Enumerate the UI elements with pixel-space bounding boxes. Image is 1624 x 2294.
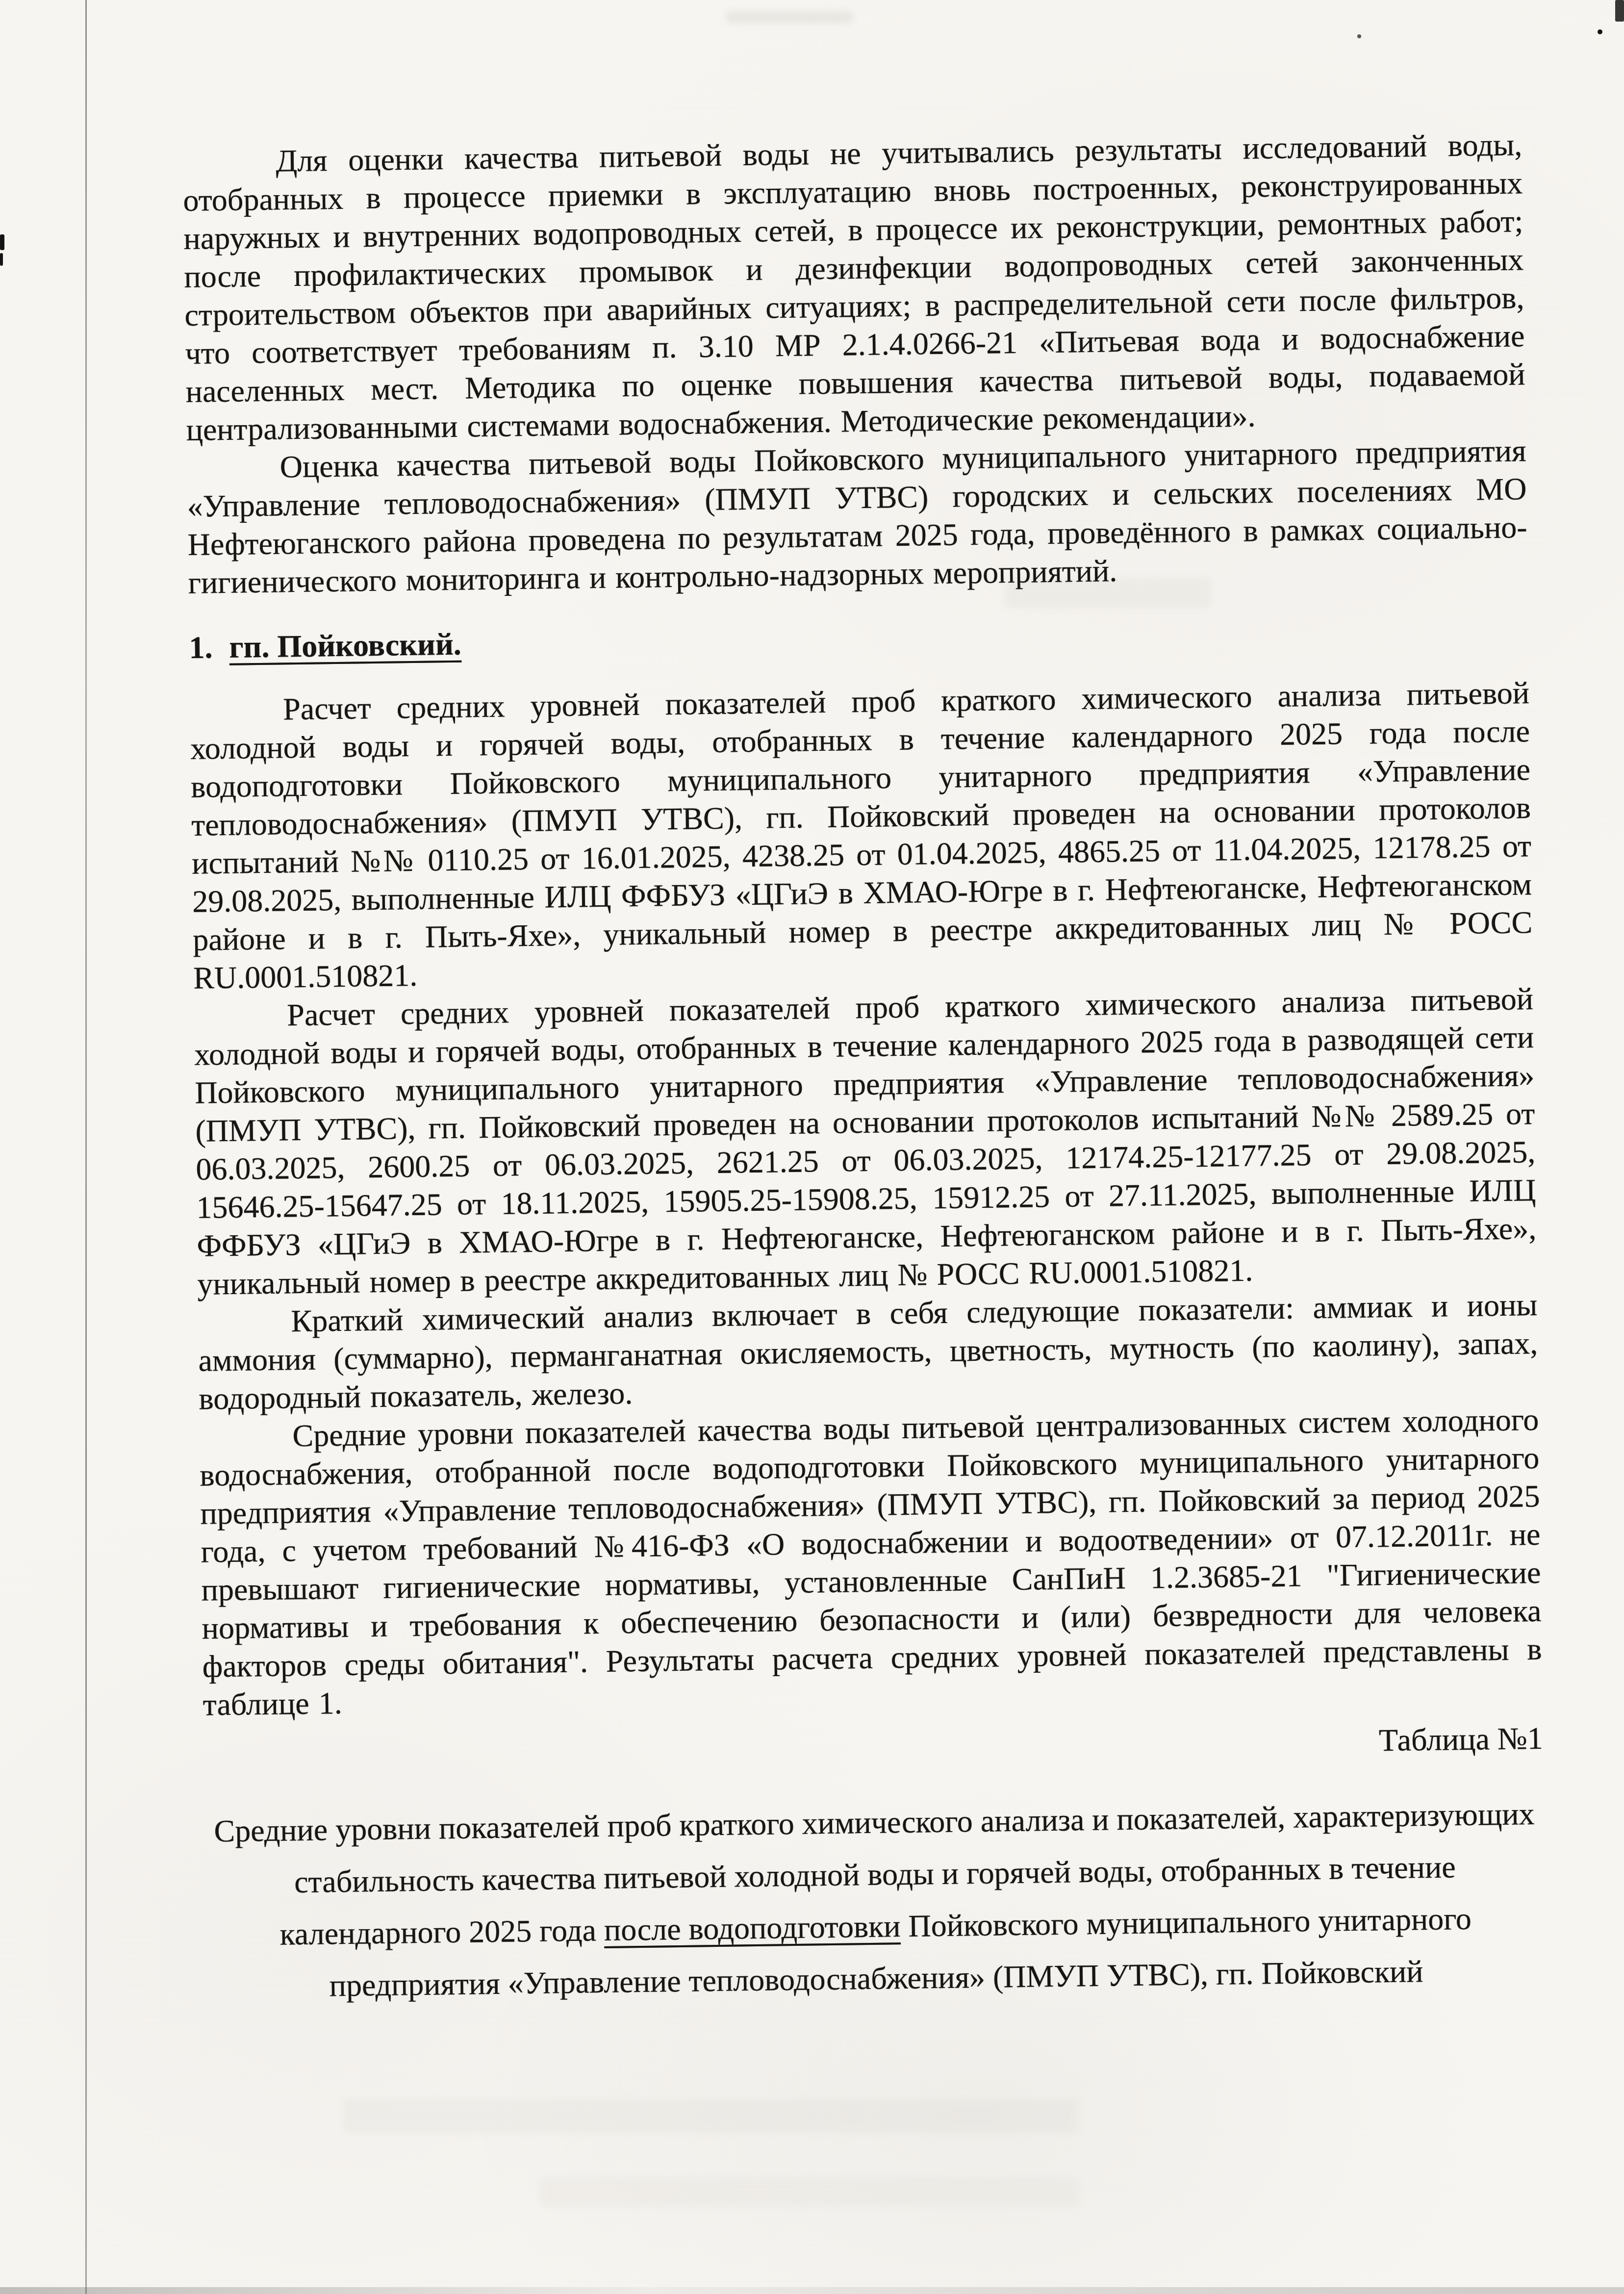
left-margin-ruled-line: [85, 0, 87, 2294]
paragraph-analysis-indicators: Краткий химический анализ включает в себ…: [198, 1286, 1539, 1418]
section-number: 1.: [189, 630, 213, 665]
paragraph-assessment-overview: Оценка качества питьевой воды Пойковског…: [186, 432, 1528, 602]
table-number-label: Таблица №1: [203, 1719, 1544, 1775]
paragraph-calc-distribution-network: Расчет средних уровней показателей проб …: [194, 980, 1537, 1303]
scan-artifact: [1615, 0, 1624, 22]
bleed-through-smudge: [539, 2177, 1079, 2207]
scanner-bottom-edge: [0, 2287, 1624, 2294]
paragraph-water-quality-exclusions: Для оценки качества питьевой воды не учи…: [182, 126, 1526, 449]
section-title: гп. Пойковский.: [229, 627, 461, 664]
scan-artifact: [0, 253, 3, 266]
paragraph-average-levels-conclusion: Средние уровни показателей качества воды…: [199, 1401, 1543, 1724]
scan-artifact: [0, 234, 4, 250]
scanned-document-page: Для оценки качества питьевой воды не учи…: [0, 0, 1624, 2294]
bleed-through-smudge: [343, 2099, 1079, 2133]
table-caption-underlined-phrase: после водоподготовки: [604, 1909, 901, 1947]
scan-artifact: [1357, 34, 1361, 38]
table-caption: Средние уровни показателей проб краткого…: [204, 1788, 1546, 2014]
paragraph-calc-after-treatment: Расчет средних уровней показателей проб …: [190, 674, 1533, 997]
section-heading-poykovsky: 1.гп. Пойковский.: [189, 611, 1529, 667]
scan-artifact: [1598, 29, 1602, 34]
document-body: Для оценки качества питьевой воды не учи…: [182, 126, 1547, 2013]
scan-smudge: [726, 11, 853, 24]
